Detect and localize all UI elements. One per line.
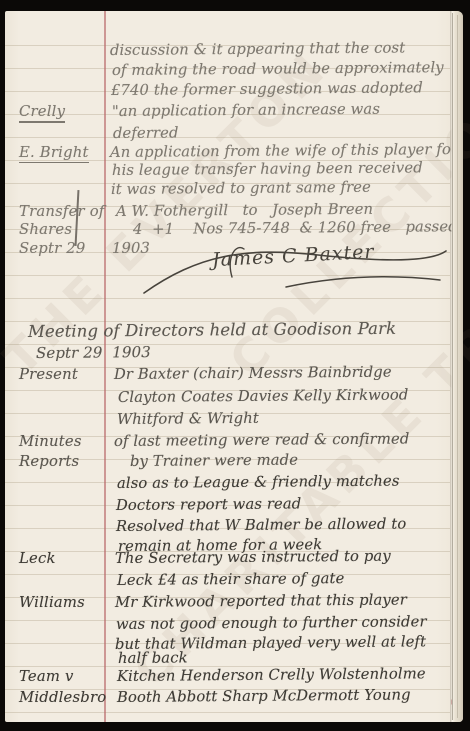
manuscript-line: Clayton Coates Davies Kelly Kirkwood bbox=[5, 389, 463, 411]
manuscript-line: PresentDr Baxter (chair) Messrs Bainbrid… bbox=[5, 366, 463, 388]
entry-text: Mr Kirkwood reported that this player bbox=[115, 591, 407, 611]
book-page-edge bbox=[450, 11, 463, 722]
manuscript-line: also as to League & friendly matches bbox=[5, 475, 463, 497]
margin-note: Middlesbro bbox=[19, 689, 106, 706]
margin-note: E. Bright bbox=[19, 144, 89, 163]
entry-text: his league transfer having been received bbox=[112, 159, 423, 179]
page-edge-seam bbox=[457, 15, 458, 718]
minute-book-photo: THE EVERTON COLLECTION CHARITABLE TRUST … bbox=[0, 0, 470, 731]
entry-text: Meeting of Directors held at Goodison Pa… bbox=[28, 319, 396, 341]
margin-note: Shares bbox=[19, 221, 72, 238]
margin-note: Transfer of bbox=[19, 203, 104, 220]
manuscript-line: Crelly"an application for an increase wa… bbox=[5, 103, 463, 125]
entry-text: of last meeting were read & confirmed bbox=[114, 430, 410, 450]
margin-note: Crelly bbox=[19, 103, 65, 123]
manuscript-line: £740 the former suggestion was adopted bbox=[5, 82, 463, 104]
entry-text: deferred bbox=[113, 124, 179, 142]
entry-text: of making the road would be approximatel… bbox=[112, 59, 444, 79]
entry-text: Dr Baxter (chair) Messrs Bainbridge bbox=[114, 364, 392, 383]
entry-text: Kitchen Henderson Crelly Wolstenholme bbox=[117, 665, 426, 685]
manuscript-rows: discussion & it appearing that the costo… bbox=[5, 11, 463, 722]
entry-text: Whitford & Wright bbox=[117, 410, 259, 428]
page-edge-seam bbox=[452, 13, 453, 720]
manuscript-line: it was resolved to grant same free bbox=[5, 181, 463, 203]
notebook-page: THE EVERTON COLLECTION CHARITABLE TRUST … bbox=[5, 11, 463, 722]
entry-text: An application from the wife of this pla… bbox=[110, 141, 458, 161]
margin-note: Minutes bbox=[19, 433, 82, 450]
margin-note: Leck bbox=[19, 550, 56, 567]
entry-text: Booth Abbott Sharp McDermott Young bbox=[117, 686, 411, 706]
entry-text: by Trainer were made bbox=[130, 452, 298, 470]
entry-text: it was resolved to grant same free bbox=[111, 179, 371, 198]
entry-text: also as to League & friendly matches bbox=[117, 473, 400, 492]
entry-text: Leck £4 as their share of gate bbox=[117, 570, 345, 589]
entry-text: Resolved that W Balmer be allowed to bbox=[116, 515, 407, 535]
manuscript-line: Septr 29 1903 bbox=[5, 344, 463, 366]
margin-note: Present bbox=[19, 366, 78, 383]
entry-text: half back bbox=[118, 649, 188, 667]
entry-text: Septr 29 1903 bbox=[36, 343, 151, 362]
entry-text: discussion & it appearing that the cost bbox=[110, 39, 405, 59]
entry-text: A W. Fothergill to Joseph Breen bbox=[116, 201, 373, 220]
entry-text: The Secretary was instructed to pay bbox=[115, 548, 391, 567]
signature-block: James C Baxter bbox=[140, 233, 455, 299]
entry-text: was not good enough to further consider bbox=[116, 613, 427, 633]
margin-note: Williams bbox=[19, 594, 85, 611]
manuscript-line: MiddlesbroBooth Abbott Sharp McDermott Y… bbox=[5, 689, 463, 711]
entry-text: Doctors report was read bbox=[116, 495, 302, 514]
manuscript-line: Meeting of Directors held at Goodison Pa… bbox=[5, 322, 463, 344]
entry-text: £740 the former suggestion was adopted bbox=[111, 79, 423, 99]
entry-text: Clayton Coates Davies Kelly Kirkwood bbox=[118, 386, 409, 406]
manuscript-line: LeckThe Secretary was instructed to pay bbox=[5, 550, 463, 572]
entry-text: "an application for an increase was bbox=[112, 101, 380, 120]
margin-note: Team v bbox=[19, 668, 74, 685]
margin-note: Reports bbox=[19, 453, 79, 470]
